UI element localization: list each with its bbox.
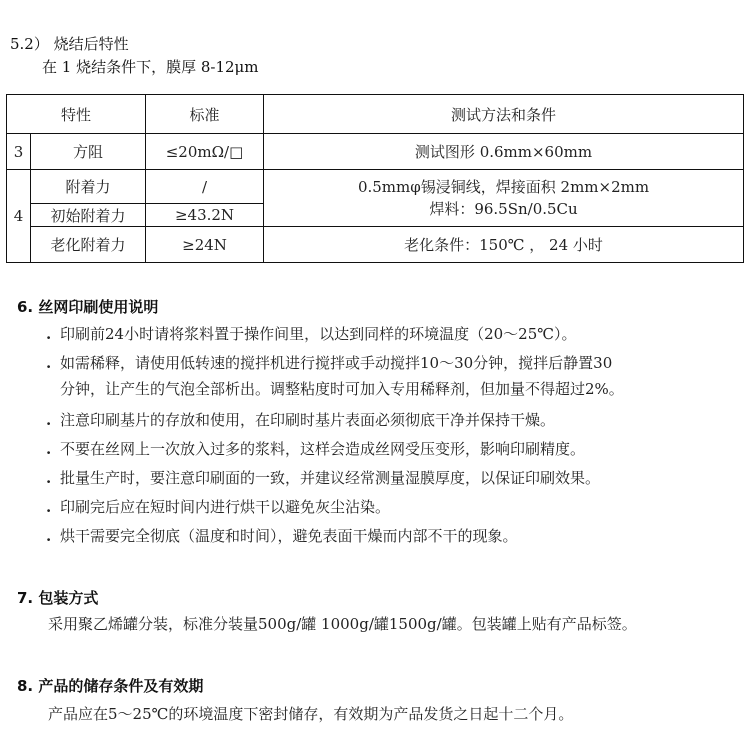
method-line-1: 0.5mmφ锡浸铜线，焊接面积 2mm×2mm xyxy=(264,176,743,198)
property-cell: 方阻 xyxy=(31,134,146,170)
list-item: .印刷完后应在短时间内进行烘干以避免灰尘沾染。 xyxy=(46,496,390,517)
list-item: .烘干需要完全彻底（温度和时间），避免表面干燥而内部不干的现象。 xyxy=(46,525,518,546)
standard-cell: ≥24N xyxy=(146,227,264,263)
section-5-2-title: 5.2） 烧结后特性 xyxy=(10,33,129,54)
list-item: .注意印刷基片的存放和使用，在印刷时基片表面必须彻底干净并保持干燥。 xyxy=(46,409,555,430)
bullet-dot: . xyxy=(46,498,60,516)
standard-cell: / xyxy=(146,170,264,204)
method-cell: 0.5mmφ锡浸铜线，焊接面积 2mm×2mm 焊料：96.5Sn/0.5Cu xyxy=(264,170,744,227)
method-line-2: 焊料：96.5Sn/0.5Cu xyxy=(264,198,743,220)
property-cell: 初始附着力 xyxy=(31,204,146,227)
list-item: .不要在丝网上一次放入过多的浆料，这样会造成丝网受压变形，影响印刷精度。 xyxy=(46,438,585,459)
packaging-text: 采用聚乙烯罐分装，标准分装量500g/罐 1000g/罐1500g/罐。包装罐上… xyxy=(48,613,637,634)
standard-cell: ≤20mΩ/□ xyxy=(146,134,264,170)
property-cell: 老化附着力 xyxy=(31,227,146,263)
bullet-dot: . xyxy=(46,354,60,372)
table-row: 4 附着力 / 0.5mmφ锡浸铜线，焊接面积 2mm×2mm 焊料：96.5S… xyxy=(7,170,744,204)
list-item-continuation: 分钟，让产生的气泡全部析出。调整粘度时可加入专用稀释剂，但加量不得超过2%。 xyxy=(60,378,624,399)
section-6-title: 6. 丝网印刷使用说明 xyxy=(17,296,158,317)
section-8-title: 8. 产品的储存条件及有效期 xyxy=(17,675,203,696)
list-item: .如需稀释，请使用低转速的搅拌机进行搅拌或手动搅拌10～30分钟，搅拌后静置30 xyxy=(46,352,612,373)
standard-cell: ≥43.2N xyxy=(146,204,264,227)
header-method: 测试方法和条件 xyxy=(264,95,744,134)
section-5-2-subtitle: 在 1 烧结条件下，膜厚 8-12μm xyxy=(42,56,259,77)
header-standard: 标准 xyxy=(146,95,264,134)
list-item: .印刷前24小时请将浆料置于操作间里，以达到同样的环境温度（20～25℃）。 xyxy=(46,323,577,344)
bullet-dot: . xyxy=(46,527,60,545)
method-cell: 测试图形 0.6mm×60mm xyxy=(264,134,744,170)
row-number: 3 xyxy=(7,134,31,170)
bullet-dot: . xyxy=(46,325,60,343)
table-row: 3 方阻 ≤20mΩ/□ 测试图形 0.6mm×60mm xyxy=(7,134,744,170)
list-item: .批量生产时，要注意印刷面的一致，并建议经常测量湿膜厚度，以保证印刷效果。 xyxy=(46,467,600,488)
table-row: 老化附着力 ≥24N 老化条件：150℃ ， 24 小时 xyxy=(7,227,744,263)
properties-table: 特性 标准 测试方法和条件 3 方阻 ≤20mΩ/□ 测试图形 0.6mm×60… xyxy=(6,94,744,263)
storage-text: 产品应在5～25℃的环境温度下密封储存，有效期为产品发货之日起十二个月。 xyxy=(48,703,573,724)
bullet-dot: . xyxy=(46,440,60,458)
bullet-dot: . xyxy=(46,469,60,487)
row-number: 4 xyxy=(7,170,31,263)
section-7-title: 7. 包装方式 xyxy=(17,587,98,608)
header-property: 特性 xyxy=(7,95,146,134)
property-cell: 附着力 xyxy=(31,170,146,204)
table-header-row: 特性 标准 测试方法和条件 xyxy=(7,95,744,134)
method-cell: 老化条件：150℃ ， 24 小时 xyxy=(264,227,744,263)
bullet-dot: . xyxy=(46,411,60,429)
